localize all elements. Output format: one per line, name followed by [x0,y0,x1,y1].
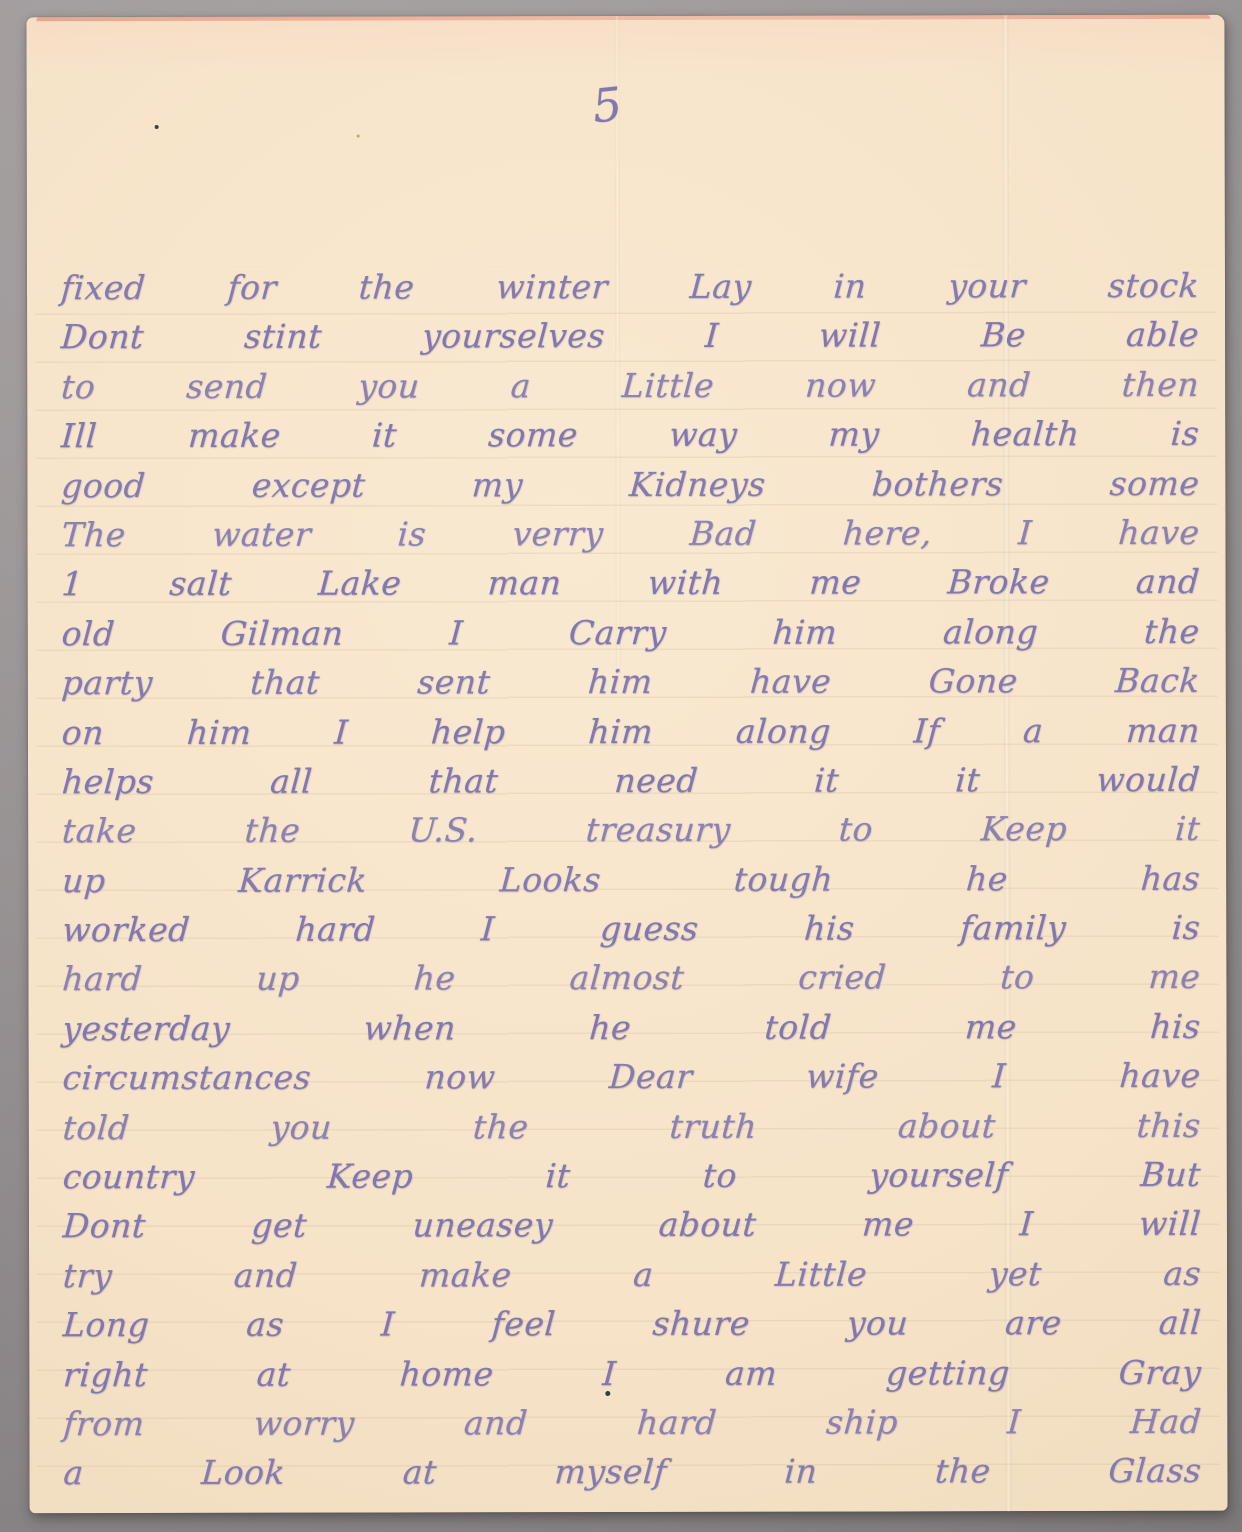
letter-line: on him I help him along If a man [60,705,1201,757]
letter-line: up Karrick Looks tough he has [61,853,1202,905]
letter-line: to send you a Little now and then [60,360,1201,412]
letter-page: 5 fixed for the winter Lay in your stock… [26,15,1227,1514]
letter-line: party that sent him have Gone Back [60,656,1201,708]
letter-lines: fixed for the winter Lay in your stockDo… [61,261,1202,1498]
paper-speck [155,125,159,129]
letter-line: fixed for the winter Lay in your stock [59,261,1200,313]
letter-line: try and make a Little yet as [61,1249,1202,1301]
letter-line: worked hard I guess his family is [61,903,1202,955]
letter-line: good except my Kidneys bothers some [60,458,1201,510]
paper-speck [605,1391,610,1396]
letter-line: from worry and hard ship I Had [62,1397,1203,1449]
letter-line: Dont get uneasey about me I will [61,1199,1202,1251]
letter-line: a Look at myself in the Glass [62,1446,1203,1498]
letter-line: helps all that need it it would [60,755,1201,807]
letter-line: The water is verry Bad here, I have [60,508,1201,560]
letter-line: right at home I am getting Gray [62,1347,1203,1399]
letter-line: old Gilman I Carry him along the [60,607,1201,659]
letter-line: country Keep it to yourself But [61,1150,1202,1202]
letter-line: Long as I feel shure you are all [61,1298,1202,1350]
letter-line: Ill make it some way my health is [60,409,1201,461]
page-number: 5 [590,77,625,134]
letter-line: 1 salt Lake man with me Broke and [60,557,1201,609]
letter-line: take the U.S. treasury to Keep it [60,804,1201,856]
letter-line: told you the truth about this [61,1100,1202,1152]
letter-line: circumstances now Dear wife I have [61,1051,1202,1103]
letter-line: hard up he almost cried to me [61,952,1202,1004]
letter-line: Dont stint yourselves I will Be able [59,310,1200,362]
paper-speck [357,135,360,138]
letter-line: yesterday when he told me his [61,1002,1202,1054]
